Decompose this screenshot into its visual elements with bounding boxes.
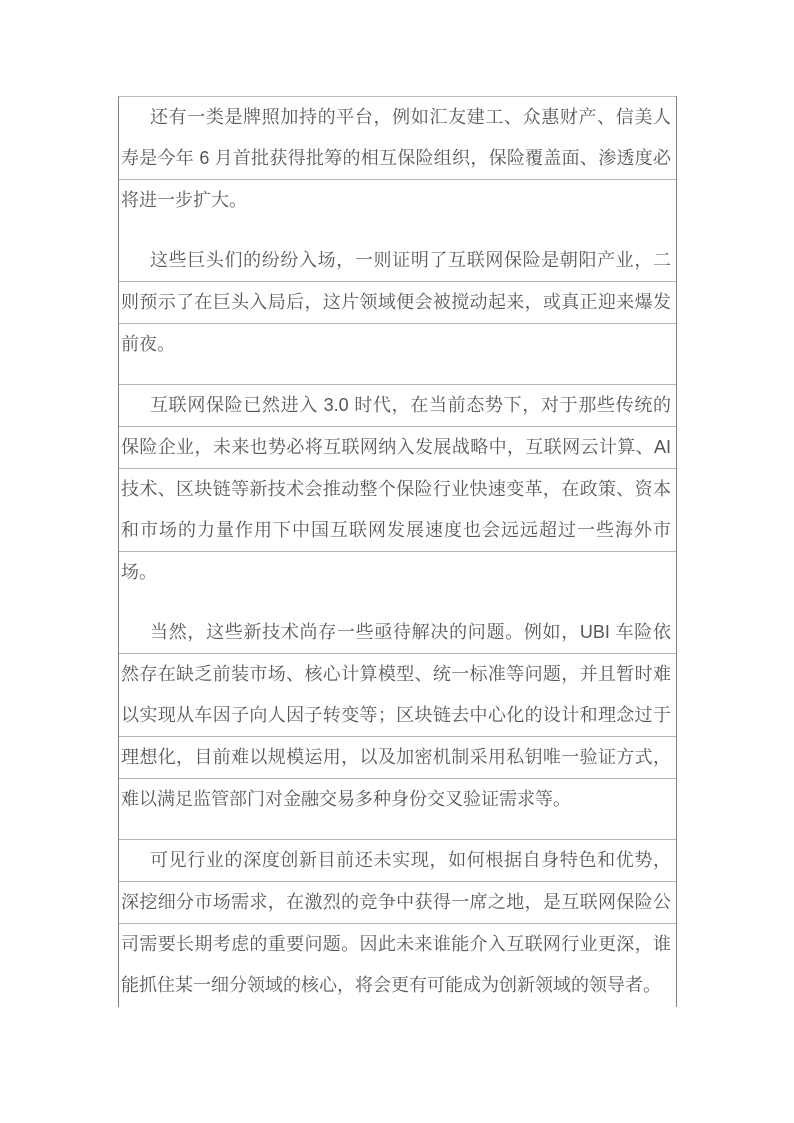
text-line: 寿是今年 6 月首批获得批筹的相互保险组织，保险覆盖面、渗透度必 (119, 138, 676, 180)
text-line: 理想化，目前难以规模运用，以及加密机制采用私钥唯一验证方式， (119, 737, 676, 779)
paragraph-gap (119, 221, 676, 240)
text-line: 这些巨头们的纷纷入场，一则证明了互联网保险是朝阳产业，二 (119, 240, 676, 282)
text-line: 互联网保险已然进入 3.0 时代，在当前态势下，对于那些传统的 (119, 385, 676, 427)
text-line: 技术、区块链等新技术会推动整个保险行业快速变革，在政策、资本 (119, 469, 676, 510)
text-line: 还有一类是牌照加持的平台，例如汇友建工、众惠财产、信美人 (119, 97, 676, 138)
document-page: 还有一类是牌照加持的平台，例如汇友建工、众惠财产、信美人寿是今年 6 月首批获得… (0, 0, 794, 1123)
text-line: 司需要长期考虑的重要问题。因此未来谁能介入互联网行业更深，谁 (119, 924, 676, 965)
text-block: 还有一类是牌照加持的平台，例如汇友建工、众惠财产、信美人寿是今年 6 月首批获得… (118, 96, 677, 1007)
text-line: 可见行业的深度创新目前还未实现，如何根据自身特色和优势， (119, 840, 676, 882)
text-line: 深挖细分市场需求，在激烈的竞争中获得一席之地，是互联网保险公 (119, 882, 676, 924)
paragraph-gap (119, 365, 676, 385)
text-line: 以实现从车因子向人因子转变等；区块链去中心化的设计和理念过于 (119, 695, 676, 737)
text-line: 然存在缺乏前装市场、核心计算模型、统一标准等问题，并且暂时难 (119, 654, 676, 695)
text-line: 前夜。 (119, 324, 676, 365)
text-line: 和市场的力量作用下中国互联网发展速度也会远远超过一些海外市 (119, 510, 676, 552)
text-line: 场。 (119, 552, 676, 593)
text-line: 则预示了在巨头入局后，这片领域便会被搅动起来，或真正迎来爆发 (119, 282, 676, 324)
text-line: 能抓住某一细分领域的核心，将会更有可能成为创新领域的领导者。 (119, 965, 676, 1006)
text-line: 难以满足监管部门对金融交易多种身份交叉验证需求等。 (119, 779, 676, 820)
paragraph-gap (119, 820, 676, 840)
text-line: 当然，这些新技术尚存一些亟待解决的问题。例如，UBI 车险依 (119, 612, 676, 654)
text-line: 将进一步扩大。 (119, 180, 676, 221)
text-line: 保险企业，未来也势必将互联网纳入发展战略中，互联网云计算、AI (119, 427, 676, 469)
paragraph-gap (119, 593, 676, 612)
